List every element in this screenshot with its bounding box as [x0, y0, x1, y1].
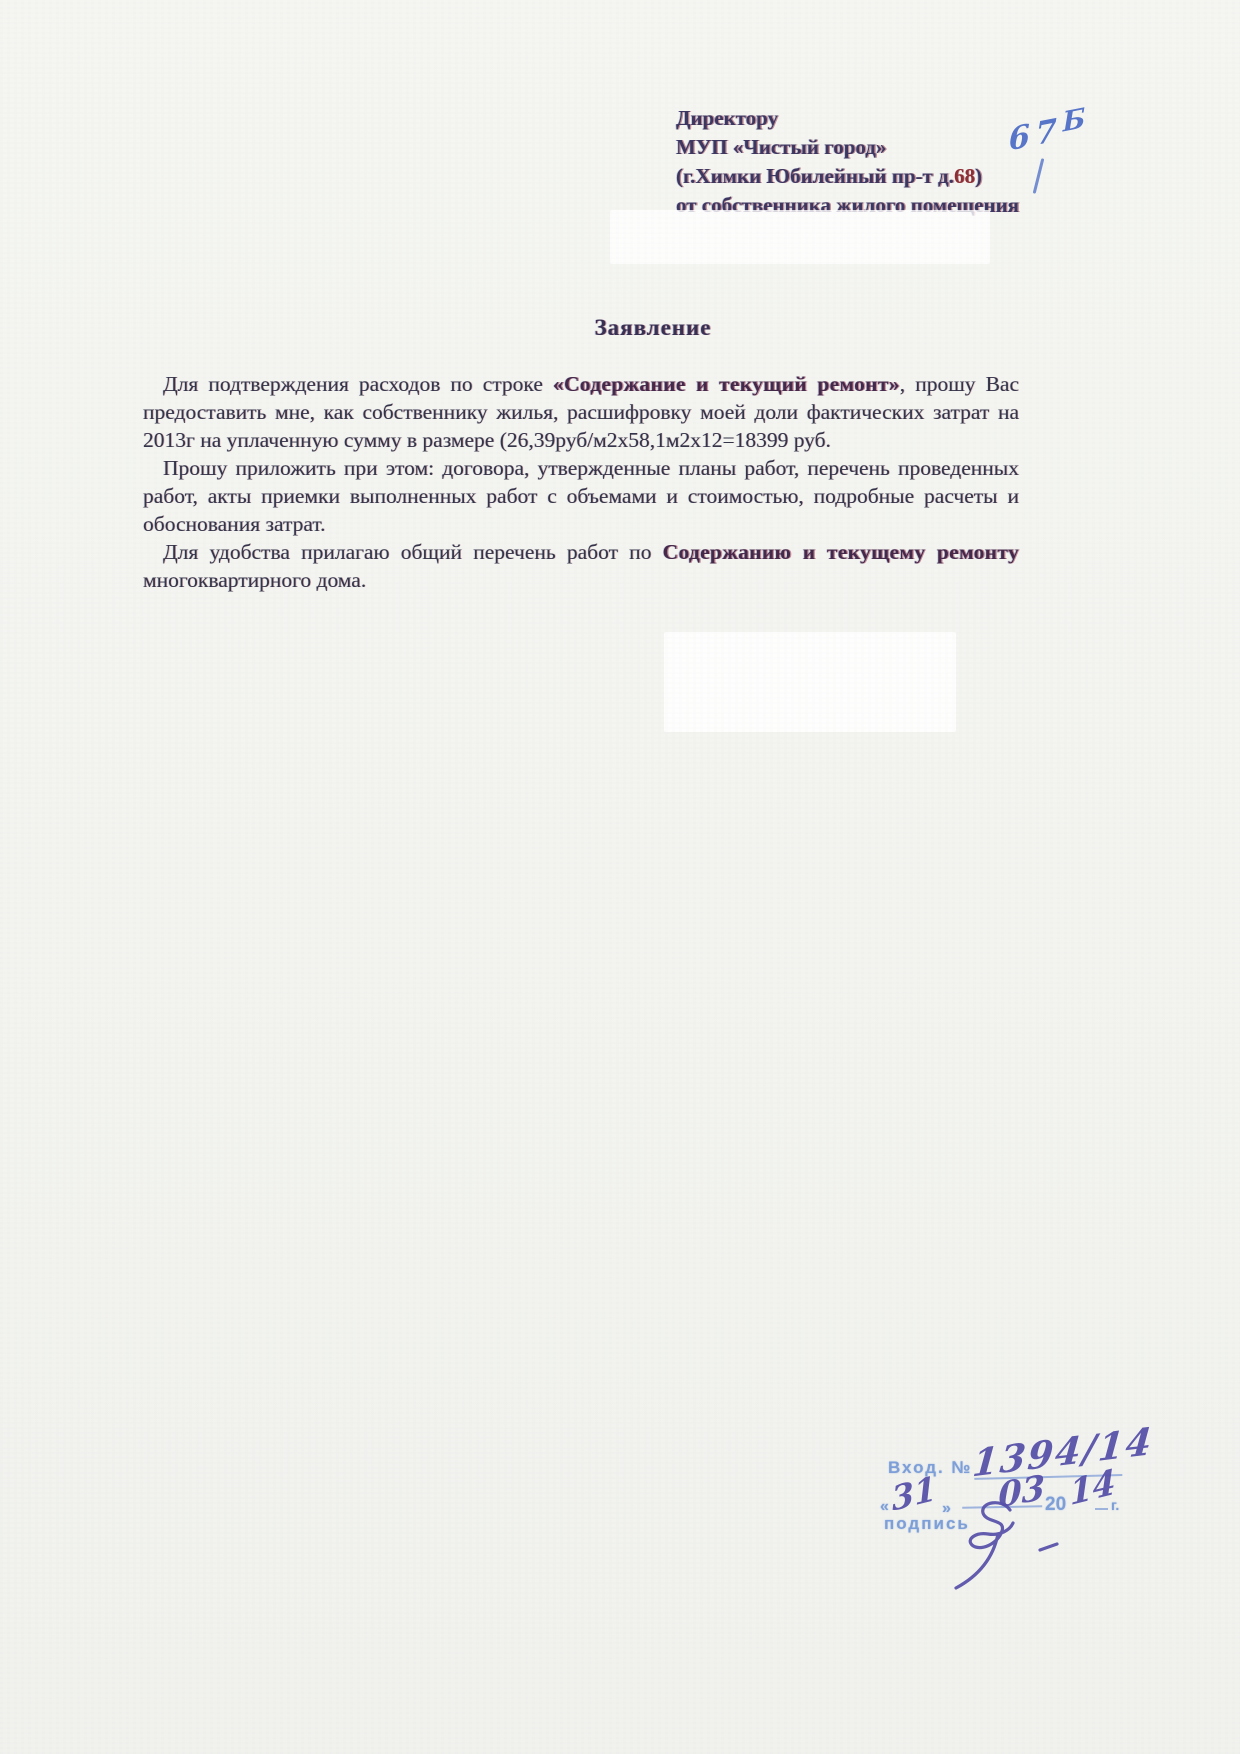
text-run: Для удобства прилагаю общий перечень раб… [163, 540, 663, 564]
document-title: Заявление [0, 315, 1240, 341]
bold-run-service-line: «Содержание и текущий ремонт» [553, 372, 900, 396]
address-suffix: ) [975, 164, 982, 188]
stamp-ruled-line [1095, 1482, 1108, 1510]
text-run: Для подтверждения расходов по строке [163, 372, 553, 396]
address-prefix: (г.Химки Юбилейный пр-т д. [676, 164, 954, 188]
text-run: Прошу приложить при этом: договора, утве… [143, 456, 1019, 536]
address-house-number: 68 [954, 164, 975, 188]
handwritten-house-letter: Б [1063, 102, 1092, 139]
bold-run-service-line: Содержанию и текущему ремонту [663, 540, 1019, 564]
intake-stamp: Вход. № 1394/14 « 31 » 03 20 14 г. подпи… [878, 1442, 1178, 1622]
paragraph-1: Для подтверждения расходов по строке «Со… [143, 370, 1019, 454]
paragraph-2: Прошу приложить при этом: договора, утве… [143, 454, 1019, 538]
handwritten-signature [936, 1500, 1070, 1592]
text-run: многоквартирного дома. [143, 568, 366, 592]
stamp-year-label: г. [1111, 1497, 1119, 1513]
recipient-line-address: (г.Химки Юбилейный пр-т д.68) [676, 162, 1116, 191]
redaction-box-middle [664, 632, 956, 732]
paragraph-3: Для удобства прилагаю общий перечень раб… [143, 538, 1019, 594]
signature-scribble [936, 1500, 1070, 1592]
body-text: Для подтверждения расходов по строке «Со… [143, 370, 1019, 594]
scanned-document-page: Директору МУП «Чистый город» (г.Химки Юб… [0, 0, 1240, 1754]
redaction-box-owner-name [610, 210, 990, 264]
